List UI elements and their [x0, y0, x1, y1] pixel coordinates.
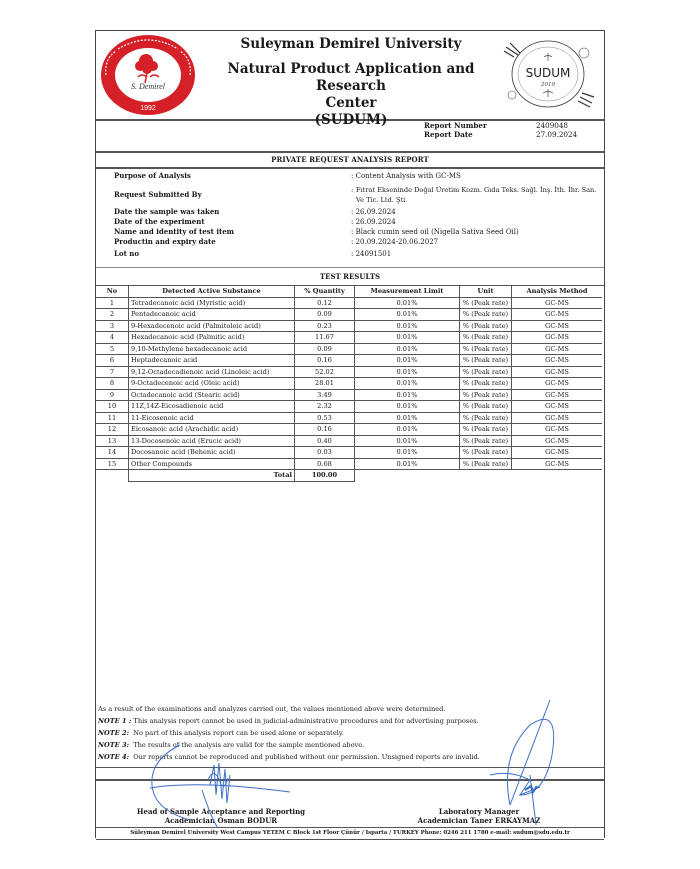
quantity-value: 28.01: [295, 378, 355, 390]
note-key: NOTE 1 :: [98, 717, 131, 725]
report-date-value: 27.09.2024: [536, 130, 577, 139]
info-label: Date the sample was taken: [114, 207, 219, 216]
analysis-method: GC-MS: [512, 389, 603, 401]
unit: % (Peak rate): [460, 447, 512, 459]
quantity-value: 0.03: [295, 447, 355, 459]
row-number: 5: [96, 343, 129, 355]
signer-title: Laboratory Manager: [394, 807, 564, 816]
note-1: NOTE 1 : This analysis report cannot be …: [98, 717, 479, 725]
info-label: Lot no: [114, 249, 139, 258]
table-row: 1313-Docosenoic acid (Erucic acid)0.400.…: [96, 435, 602, 447]
unit: % (Peak rate): [460, 320, 512, 332]
row-number: 12: [96, 424, 129, 436]
row-number: 4: [96, 332, 129, 344]
row-number: 10: [96, 401, 129, 413]
table-row: 15Other Compounds0.680.01%% (Peak rate)G…: [96, 458, 602, 470]
substance-name: 13-Docosenoic acid (Erucic acid): [129, 435, 295, 447]
table-row: 1Tetradecanoic acid (Myristic acid)0.120…: [96, 297, 602, 309]
unit: % (Peak rate): [460, 297, 512, 309]
measurement-limit: 0.01%: [355, 343, 460, 355]
substance-name: Octadecanoic acid (Stearic acid): [129, 389, 295, 401]
table-row: 4Hexadecanoic acid (Palmitic acid)11.670…: [96, 332, 602, 344]
row-number: 9: [96, 389, 129, 401]
info-value: : Black cumin seed oil (Nigella Sativa S…: [351, 227, 591, 237]
quantity-value: 0.09: [295, 309, 355, 321]
info-label: Purpose of Analysis: [114, 171, 191, 180]
column-header: Analysis Method: [512, 286, 603, 297]
conclusion-text: As a result of the examinations and anal…: [98, 705, 445, 713]
unit: % (Peak rate): [460, 309, 512, 321]
quantity-value: 0.23: [295, 320, 355, 332]
test-results-table: No Detected Active Substance % Quantity …: [96, 286, 602, 482]
note-4: NOTE 4: Our reports cannot be reproduced…: [98, 753, 480, 761]
measurement-limit: 0.01%: [355, 435, 460, 447]
table-row: 12Eicosanoic acid (Arachidic acid)0.160.…: [96, 424, 602, 436]
analysis-method: GC-MS: [512, 309, 603, 321]
measurement-limit: 0.01%: [355, 447, 460, 459]
analysis-method: GC-MS: [512, 332, 603, 344]
column-header: Detected Active Substance: [129, 286, 295, 297]
measurement-limit: 0.01%: [355, 355, 460, 367]
note-key: NOTE 3:: [98, 741, 129, 749]
table-row: 79,12-Octadecadienoic acid (Linoleic aci…: [96, 366, 602, 378]
table-row: 1111-Eicosenoic acid0.530.01%% (Peak rat…: [96, 412, 602, 424]
unit: % (Peak rate): [460, 435, 512, 447]
analysis-method: GC-MS: [512, 458, 603, 470]
table-row: 1011Z,14Z-Eicosadienoic acid2.320.01%% (…: [96, 401, 602, 413]
total-row: Total100.00: [96, 470, 602, 482]
quantity-value: 0.16: [295, 424, 355, 436]
info-value: : Content Analysis with GC-MS: [351, 171, 591, 181]
signature-block-right: Laboratory Manager Academician Taner ERK…: [394, 807, 564, 825]
measurement-limit: 0.01%: [355, 389, 460, 401]
svg-text:1992: 1992: [140, 105, 156, 112]
row-number: 2: [96, 309, 129, 321]
row-number: 3: [96, 320, 129, 332]
info-value: Fıtrat Ekseninde Doğal Üretim Kozm. Gıda…: [356, 185, 601, 205]
row-number: 11: [96, 412, 129, 424]
column-header: % Quantity: [295, 286, 355, 297]
note-3: NOTE 3: The results of the analysis are …: [98, 741, 364, 749]
note-text: Our reports cannot be reproduced and pub…: [129, 753, 480, 761]
table-row: 39-Hexadecenoic acid (Palmitoleic acid)0…: [96, 320, 602, 332]
note-text: This analysis report cannot be used in j…: [131, 717, 478, 725]
svg-text:SUDUM: SUDUM: [526, 66, 571, 80]
row-number: 14: [96, 447, 129, 459]
analysis-method: GC-MS: [512, 401, 603, 413]
table-row: 59,10-Methylene hexadecanoic acid0.090.0…: [96, 343, 602, 355]
unit: % (Peak rate): [460, 366, 512, 378]
note-text: The results of the analysis are valid fo…: [129, 741, 364, 749]
report-page: S. Demirel 1992 Suleyman Demirel Univers…: [95, 30, 605, 838]
report-number-label: Report Number: [424, 121, 487, 130]
unit: % (Peak rate): [460, 343, 512, 355]
substance-name: 9,12-Octadecadienoic acid (Linoleic acid…: [129, 366, 295, 378]
info-label: Date of the experiment: [114, 217, 205, 226]
quantity-value: 0.09: [295, 343, 355, 355]
note-text: No part of this analysis report can be u…: [129, 729, 344, 737]
table-row: 89-Octadecenoic acid (Oleic acid)28.010.…: [96, 378, 602, 390]
svg-text:S. Demirel: S. Demirel: [131, 82, 166, 91]
report-date-label: Report Date: [424, 130, 473, 139]
signer-title: Head of Sample Acceptance and Reporting: [136, 807, 306, 816]
analysis-method: GC-MS: [512, 343, 603, 355]
divider: [96, 779, 604, 781]
measurement-limit: 0.01%: [355, 332, 460, 344]
substance-name: Hexadecanoic acid (Palmitic acid): [129, 332, 295, 344]
unit: % (Peak rate): [460, 355, 512, 367]
total-value: 100.00: [295, 470, 355, 482]
substance-name: Tetradecanoic acid (Myristic acid): [129, 297, 295, 309]
quantity-value: 11.67: [295, 332, 355, 344]
measurement-limit: 0.01%: [355, 378, 460, 390]
analysis-method: GC-MS: [512, 424, 603, 436]
quantity-value: 0.68: [295, 458, 355, 470]
row-number: 15: [96, 458, 129, 470]
row-number: 13: [96, 435, 129, 447]
footer-address: Süleyman Demirel University West Campus …: [96, 827, 604, 840]
analysis-method: GC-MS: [512, 378, 603, 390]
substance-name: 9-Hexadecenoic acid (Palmitoleic acid): [129, 320, 295, 332]
analysis-method: GC-MS: [512, 297, 603, 309]
quantity-value: 0.53: [295, 412, 355, 424]
signer-name: Academician Taner ERKAYMAZ: [394, 816, 564, 825]
unit: % (Peak rate): [460, 332, 512, 344]
divider: [96, 767, 604, 768]
substance-name: 11-Eicosenoic acid: [129, 412, 295, 424]
table-row: 9Octadecanoic acid (Stearic acid)3.490.0…: [96, 389, 602, 401]
center-name-line2: Center: [206, 95, 496, 112]
svg-text:2019: 2019: [540, 82, 555, 88]
unit: % (Peak rate): [460, 458, 512, 470]
info-value: : 26.09.2024: [351, 217, 591, 227]
unit: % (Peak rate): [460, 424, 512, 436]
quantity-value: 0.16: [295, 355, 355, 367]
test-results-title: TEST RESULTS: [96, 268, 604, 286]
info-label: Request Submitted By: [114, 190, 202, 199]
substance-name: Other Compounds: [129, 458, 295, 470]
table-row: 6Heptadecanoic acid0.160.01%% (Peak rate…: [96, 355, 602, 367]
measurement-limit: 0.01%: [355, 297, 460, 309]
rose-seal-logo-icon: S. Demirel 1992: [98, 33, 198, 117]
measurement-limit: 0.01%: [355, 401, 460, 413]
column-header: Unit: [460, 286, 512, 297]
blank-cell: [96, 470, 129, 482]
substance-name: 11Z,14Z-Eicosadienoic acid: [129, 401, 295, 413]
row-number: 6: [96, 355, 129, 367]
row-number: 1: [96, 297, 129, 309]
measurement-limit: 0.01%: [355, 320, 460, 332]
substance-name: 9,10-Methylene hexadecanoic acid: [129, 343, 295, 355]
note-2: NOTE 2: No part of this analysis report …: [98, 729, 344, 737]
unit: % (Peak rate): [460, 401, 512, 413]
substance-name: Docosanoic acid (Behenic acid): [129, 447, 295, 459]
substance-name: 9-Octadecenoic acid (Oleic acid): [129, 378, 295, 390]
center-name-line1: Natural Product Application and Research: [206, 61, 496, 95]
row-number: 8: [96, 378, 129, 390]
info-value: : 24091501: [351, 249, 591, 259]
table-row: 14Docosanoic acid (Behenic acid)0.030.01…: [96, 447, 602, 459]
measurement-limit: 0.01%: [355, 412, 460, 424]
unit: % (Peak rate): [460, 378, 512, 390]
center-name: Natural Product Application and Research…: [206, 61, 496, 129]
table-row: 2Pentadecanoic acid0.090.01%% (Peak rate…: [96, 309, 602, 321]
substance-name: Eicosanoic acid (Arachidic acid): [129, 424, 295, 436]
section-title: PRIVATE REQUEST ANALYSIS REPORT: [96, 153, 604, 169]
university-name: Suleyman Demirel University: [206, 36, 496, 52]
quantity-value: 3.49: [295, 389, 355, 401]
info-value: : 26.09.2024: [351, 207, 591, 217]
quantity-value: 0.40: [295, 435, 355, 447]
analysis-method: GC-MS: [512, 366, 603, 378]
quantity-value: 2.32: [295, 401, 355, 413]
report-meta: Report Number 2409048 Report Date 27.09.…: [96, 121, 604, 153]
quantity-value: 0.12: [295, 297, 355, 309]
analysis-method: GC-MS: [512, 412, 603, 424]
signature-block-left: Head of Sample Acceptance and Reporting …: [136, 807, 306, 825]
letterhead: S. Demirel 1992 Suleyman Demirel Univers…: [96, 31, 604, 121]
note-key: NOTE 2:: [98, 729, 129, 737]
signer-name: Academician Osman BODUR: [136, 816, 306, 825]
total-label: Total: [129, 470, 295, 482]
unit: % (Peak rate): [460, 389, 512, 401]
unit: % (Peak rate): [460, 412, 512, 424]
info-label: Name and identity of test item: [114, 227, 234, 236]
measurement-limit: 0.01%: [355, 458, 460, 470]
blank-cell: [355, 470, 603, 482]
info-label: Productin and expiry date: [114, 237, 216, 246]
table-header-row: No Detected Active Substance % Quantity …: [96, 286, 602, 297]
info-value: : 20.09.2024-20.06.2027: [351, 237, 591, 247]
measurement-limit: 0.01%: [355, 309, 460, 321]
note-key: NOTE 4:: [98, 753, 129, 761]
analysis-method: GC-MS: [512, 320, 603, 332]
analysis-method: GC-MS: [512, 447, 603, 459]
column-header: Measurement Limit: [355, 286, 460, 297]
substance-name: Heptadecanoic acid: [129, 355, 295, 367]
sudum-wreath-logo-icon: SUDUM 2019: [496, 31, 600, 117]
analysis-method: GC-MS: [512, 435, 603, 447]
measurement-limit: 0.01%: [355, 366, 460, 378]
measurement-limit: 0.01%: [355, 424, 460, 436]
quantity-value: 52.02: [295, 366, 355, 378]
column-header: No: [96, 286, 129, 297]
report-date-row: Report Date 27.09.2024: [424, 130, 604, 140]
analysis-method: GC-MS: [512, 355, 603, 367]
substance-name: Pentadecanoic acid: [129, 309, 295, 321]
report-number-value: 2409048: [536, 121, 568, 130]
row-number: 7: [96, 366, 129, 378]
